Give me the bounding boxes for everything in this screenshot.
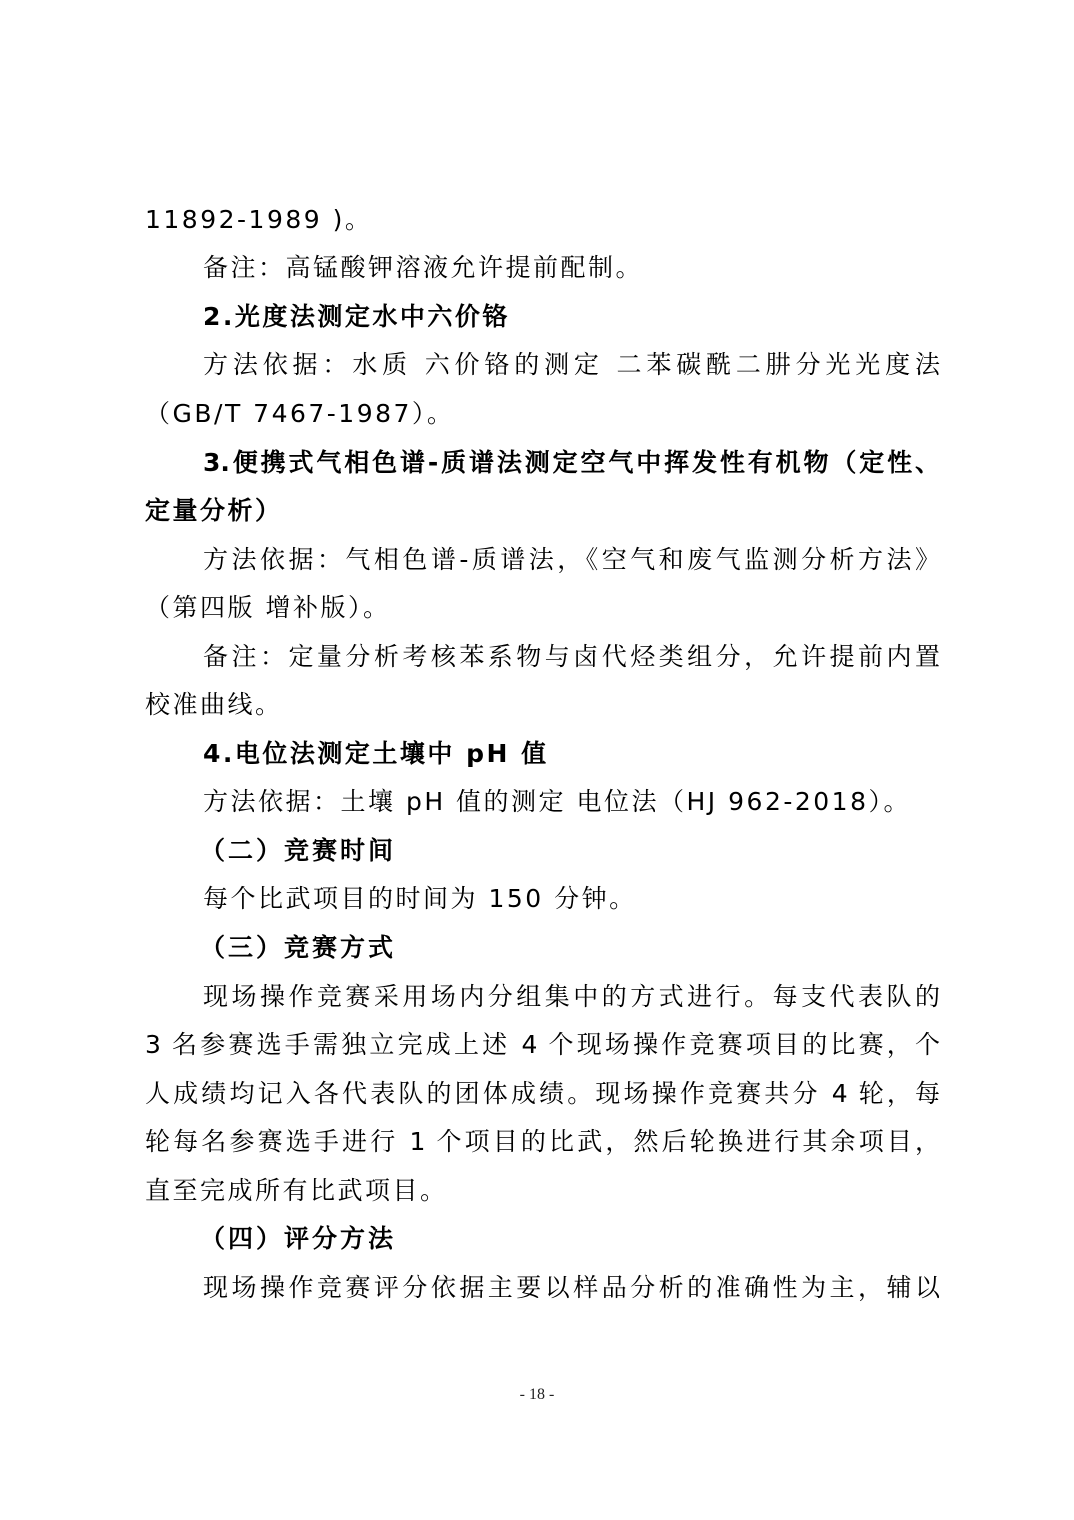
section-item-title: 4.电位法测定土壤中 pH 值 — [203, 737, 549, 771]
section-item-title: 定量分析） — [145, 494, 283, 528]
text-line: 校准曲线。 — [145, 688, 283, 722]
text-line: （第四版 增补版）。 — [145, 591, 390, 625]
text-line: 每个比武项目的时间为 150 分钟。 — [203, 882, 637, 916]
section-heading: （三）竞赛方式 — [200, 931, 396, 965]
text-line: 轮每名参赛选手进行 1 个项目的比武，然后轮换进行其余项目， — [145, 1125, 940, 1159]
section-heading: （二）竞赛时间 — [200, 834, 396, 868]
text-line: 直至完成所有比武项目。 — [145, 1174, 448, 1208]
text-line: 人成绩均记入各代表队的团体成绩。现场操作竞赛共分 4 轮，每 — [145, 1077, 940, 1111]
section-item-title: 3.便携式气相色谱-质谱法测定空气中挥发性有机物（定性、 — [203, 446, 940, 480]
note-line: 备注：高锰酸钾溶液允许提前配制。 — [203, 251, 643, 285]
text-line: 方法依据：水质 六价铬的测定 二苯碳酰二肼分光光度法 — [203, 348, 940, 382]
page-number: - 18 - — [0, 1386, 1074, 1404]
text-line: 方法依据：气相色谱-质谱法，《空气和废气监测分析方法》 — [203, 543, 940, 577]
note-line: 备注：定量分析考核苯系物与卤代烃类组分，允许提前内置 — [203, 640, 940, 674]
text-line: 11892-1989 )。 — [145, 203, 372, 237]
text-line: 现场操作竞赛评分依据主要以样品分析的准确性为主，辅以 — [203, 1271, 940, 1305]
text-line: 方法依据：土壤 pH 值的测定 电位法（HJ 962-2018）。 — [203, 785, 911, 819]
text-line: 3 名参赛选手需独立完成上述 4 个现场操作竞赛项目的比赛，个 — [145, 1028, 940, 1062]
section-item-title: 2.光度法测定水中六价铬 — [203, 300, 510, 334]
text-line: （GB/T 7467-1987）。 — [145, 397, 454, 431]
section-heading: （四）评分方法 — [200, 1222, 396, 1256]
text-line: 现场操作竞赛采用场内分组集中的方式进行。每支代表队的 — [203, 980, 940, 1014]
